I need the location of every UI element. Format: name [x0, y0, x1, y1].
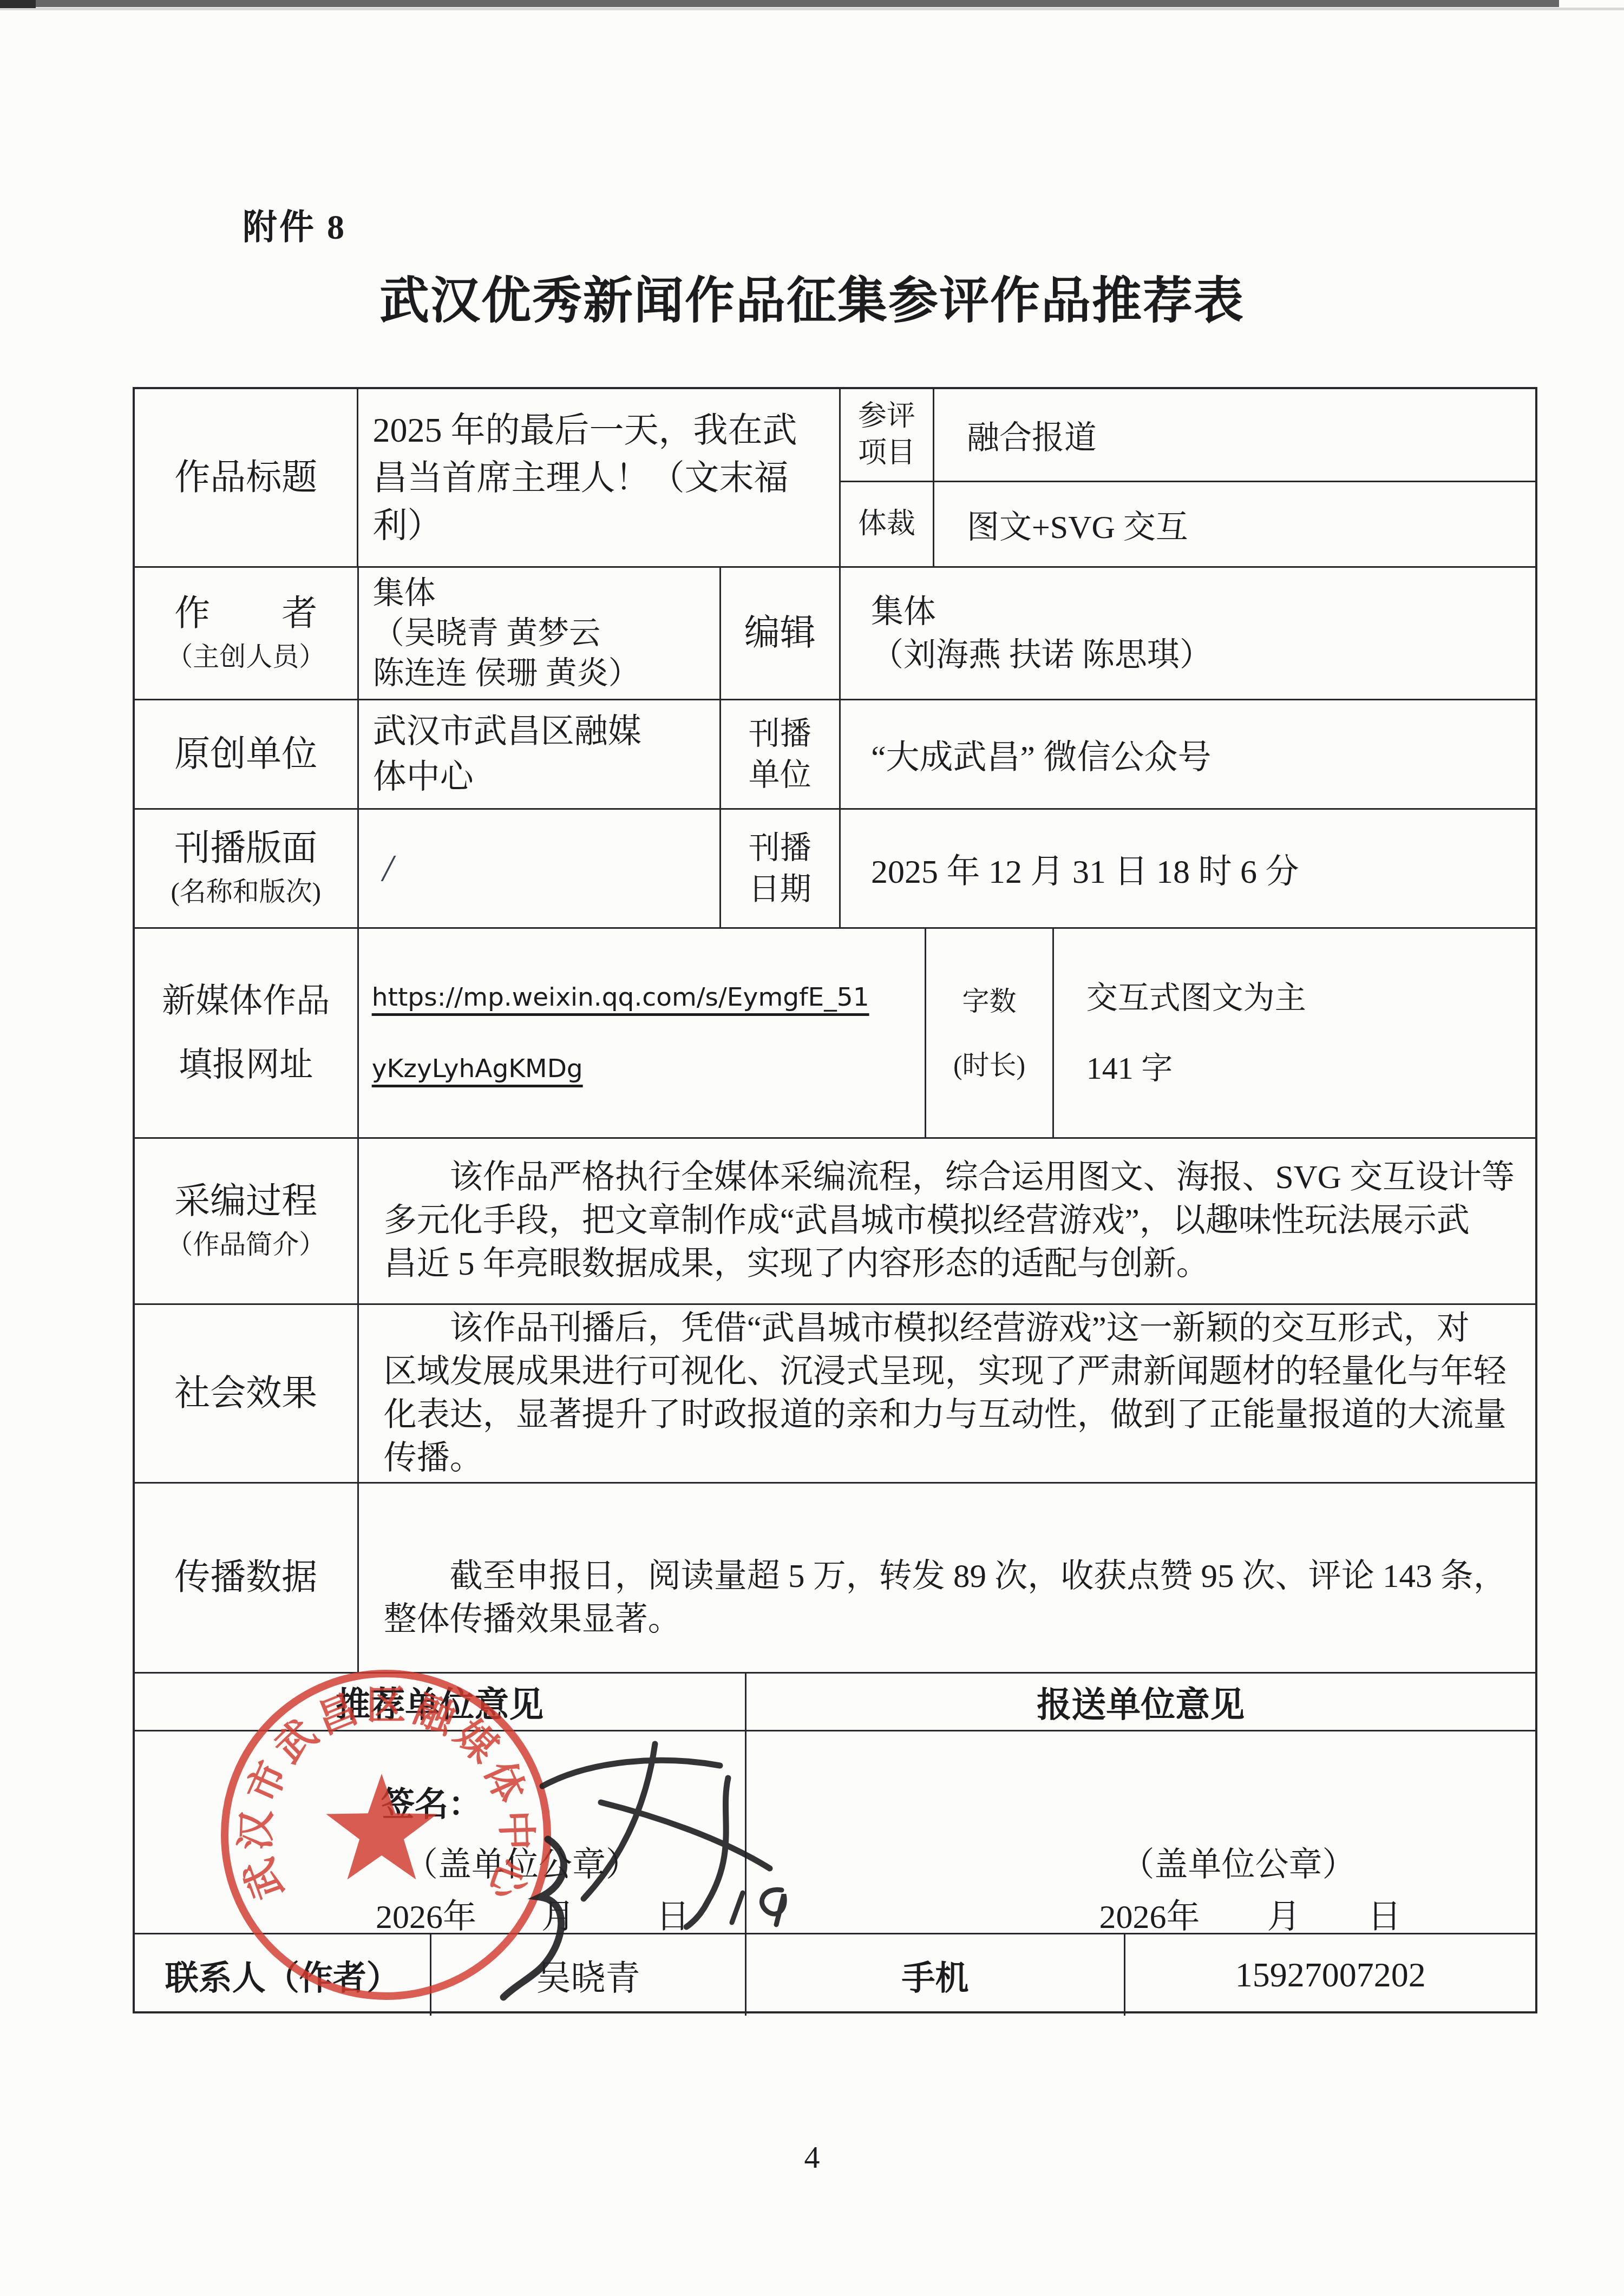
row-opinion-headers: 推荐单位意见 报送单位意见	[135, 1674, 1535, 1731]
work-title-label: 作品标题	[135, 389, 358, 566]
spread-data-value: 截至申报日，阅读量超 5 万，转发 89 次，收获点赞 95 次、评论 143 …	[359, 1484, 1535, 1672]
publish-unit-label: 刊播 单位	[721, 700, 841, 808]
scan-corner-smudge	[0, 0, 36, 8]
phone-label: 手机	[746, 1934, 1126, 2016]
row-layout-date: 刊播版面 (名称和版次) / 刊播 日期 2025 年 12 月 31 日 18…	[135, 810, 1535, 929]
editor-value: 集体 （刘海燕 扶诺 陈思琪）	[841, 568, 1535, 699]
seal-note-right: （盖单位公章）	[1121, 1838, 1356, 1886]
date-line-right: 2026年 月 日	[1099, 1890, 1402, 1938]
url-label: 新媒体作品 填报网址	[135, 929, 359, 1137]
submit-signature-cell: （盖单位公章） 2026年 月 日	[746, 1731, 1535, 1933]
attachment-label: 附件 8	[243, 199, 346, 249]
origin-unit-value: 武汉市武昌区融媒 体中心	[359, 700, 721, 808]
row-signatures: 签名： （盖单位公章） 2026年月日 （盖单位公章） 2026年 月 日	[135, 1731, 1535, 1934]
recommend-signature-cell: 签名： （盖单位公章） 2026年月日	[135, 1731, 746, 1933]
document-title: 武汉优秀新闻作品征集参评作品推荐表	[0, 261, 1624, 332]
process-label-line2: （作品简介）	[166, 1225, 325, 1265]
publish-date-value: 2025 年 12 月 31 日 18 时 6 分	[841, 810, 1535, 927]
author-value: 集体 （吴晓青 黄梦云 陈连连 侯珊 黄炎）	[359, 568, 721, 699]
author-label-line1: 作 者	[174, 590, 317, 637]
origin-unit-label: 原创单位	[135, 700, 359, 808]
submit-opinion-header: 报送单位意见	[746, 1674, 1535, 1730]
entry-subrow: 参评 项目 融合报道	[841, 389, 1535, 482]
spread-data-label: 传播数据	[135, 1484, 359, 1672]
row-process: 采编过程 （作品简介） 该作品严格执行全媒体采编流程，综合运用图文、海报、SVG…	[135, 1139, 1535, 1305]
author-label-line2: （主创人员）	[166, 637, 325, 677]
scanned-document-page: 附件 8 武汉优秀新闻作品征集参评作品推荐表 作品标题 2025 年的最后一天，…	[0, 0, 1624, 2296]
genre-label: 体裁	[841, 482, 934, 566]
scan-edge-artifact	[0, 0, 1559, 7]
layout-value-slash: /	[359, 810, 721, 927]
layout-label-line2: (名称和版次)	[171, 872, 322, 912]
page-number: 4	[0, 2139, 1624, 2175]
process-value: 该作品严格执行全媒体采编流程，综合运用图文、海报、SVG 交互设计等 多元化手段…	[359, 1139, 1535, 1303]
recommend-opinion-header: 推荐单位意见	[135, 1674, 746, 1730]
social-effect-value: 该作品刊播后，凭借“武昌城市模拟经营游戏”这一新颖的交互形式，对 区域发展成果进…	[359, 1305, 1535, 1482]
publish-date-label: 刊播 日期	[721, 810, 841, 927]
publish-unit-value: “大成武昌” 微信公众号	[841, 700, 1535, 808]
entry-genre-block: 参评 项目 融合报道 体裁 图文+SVG 交互	[841, 389, 1535, 566]
editor-label: 编辑	[721, 568, 841, 699]
entry-category-label: 参评 项目	[841, 389, 934, 481]
date-left-year: 2026年	[376, 1899, 476, 1936]
row-work-title: 作品标题 2025 年的最后一天，我在武 昌当首席主理人！（文末福 利） 参评 …	[135, 389, 1535, 568]
author-label: 作 者 （主创人员）	[135, 568, 359, 699]
work-url-link[interactable]: https://mp.weixin.qq.com/s/EymgfE_51 yKz…	[359, 929, 927, 1137]
layout-label-line1: 刊播版面	[174, 825, 317, 872]
entry-category-value: 融合报道	[934, 389, 1535, 481]
row-url: 新媒体作品 填报网址 https://mp.weixin.qq.com/s/Ey…	[135, 929, 1535, 1139]
date-left-day-label: 日	[656, 1899, 690, 1936]
row-spread-data: 传播数据 截至申报日，阅读量超 5 万，转发 89 次，收获点赞 95 次、评论…	[135, 1484, 1535, 1674]
work-title-value: 2025 年的最后一天，我在武 昌当首席主理人！（文末福 利）	[358, 389, 841, 566]
layout-label: 刊播版面 (名称和版次)	[135, 810, 359, 927]
row-social-effect: 社会效果 该作品刊播后，凭借“武昌城市模拟经营游戏”这一新颖的交互形式，对 区域…	[135, 1305, 1535, 1484]
genre-subrow: 体裁 图文+SVG 交互	[841, 482, 1535, 566]
process-label-line1: 采编过程	[174, 1178, 317, 1225]
contact-name: 吴晓青	[431, 1934, 746, 2016]
recommendation-form-table: 作品标题 2025 年的最后一天，我在武 昌当首席主理人！（文末福 利） 参评 …	[133, 387, 1537, 2013]
row-author: 作 者 （主创人员） 集体 （吴晓青 黄梦云 陈连连 侯珊 黄炎） 编辑 集体 …	[135, 568, 1535, 700]
handwritten-month-value: 3	[520, 1857, 552, 1931]
process-label: 采编过程 （作品简介）	[135, 1139, 359, 1303]
phone-number: 15927007202	[1125, 1934, 1535, 2016]
contact-label: 联系人（作者）	[135, 1934, 431, 2016]
sign-label: 签名：	[381, 1777, 482, 1826]
scan-edge-line	[0, 8, 1624, 10]
row-origin-unit: 原创单位 武汉市武昌区融媒 体中心 刊播 单位 “大成武昌” 微信公众号	[135, 700, 1535, 810]
row-contact: 联系人（作者） 吴晓青 手机 15927007202	[135, 1934, 1535, 2016]
genre-value: 图文+SVG 交互	[934, 482, 1535, 566]
social-effect-label: 社会效果	[135, 1305, 359, 1482]
handwritten-day-value: 19	[731, 1878, 780, 1934]
word-count-label: 字数 (时长)	[926, 929, 1053, 1137]
word-count-value: 交互式图文为主 141 字	[1054, 929, 1535, 1137]
